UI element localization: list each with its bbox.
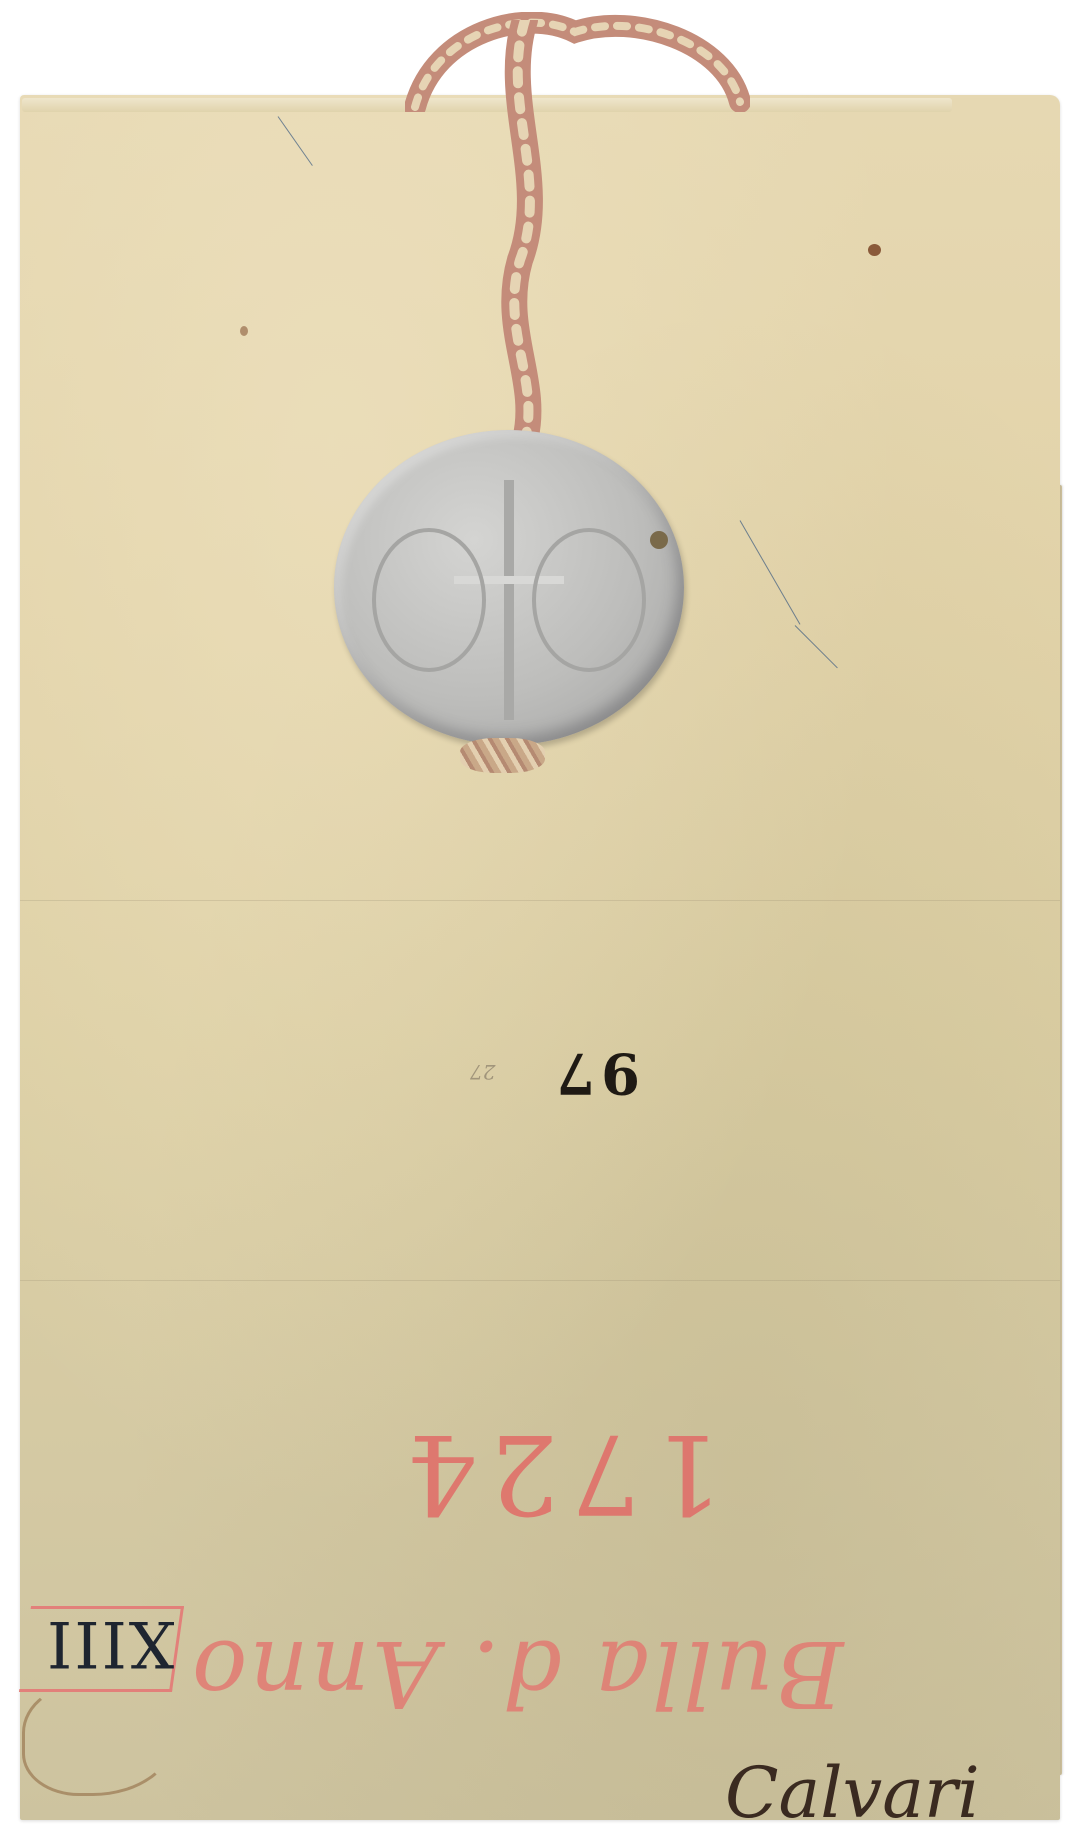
fold-line: [20, 1280, 1060, 1281]
stain: [240, 326, 248, 336]
ink-signature: Calvari: [725, 1752, 980, 1818]
red-crayon-inscription: Bulla d. Anno: [190, 1620, 844, 1727]
roman-numeral: XIII: [45, 1606, 174, 1680]
seal-relief-icon: [334, 430, 684, 745]
cord-loop: [405, 12, 750, 112]
stamped-number: 97: [550, 1040, 640, 1106]
stain: [868, 244, 881, 256]
seal-cord: [490, 20, 560, 440]
fold-line: [20, 900, 1060, 901]
red-crayon-year: 1724: [395, 1410, 723, 1538]
faint-pencil-mark: 27: [470, 1060, 495, 1084]
lead-seal: [334, 430, 684, 745]
seal-cord-knot: [460, 738, 545, 773]
